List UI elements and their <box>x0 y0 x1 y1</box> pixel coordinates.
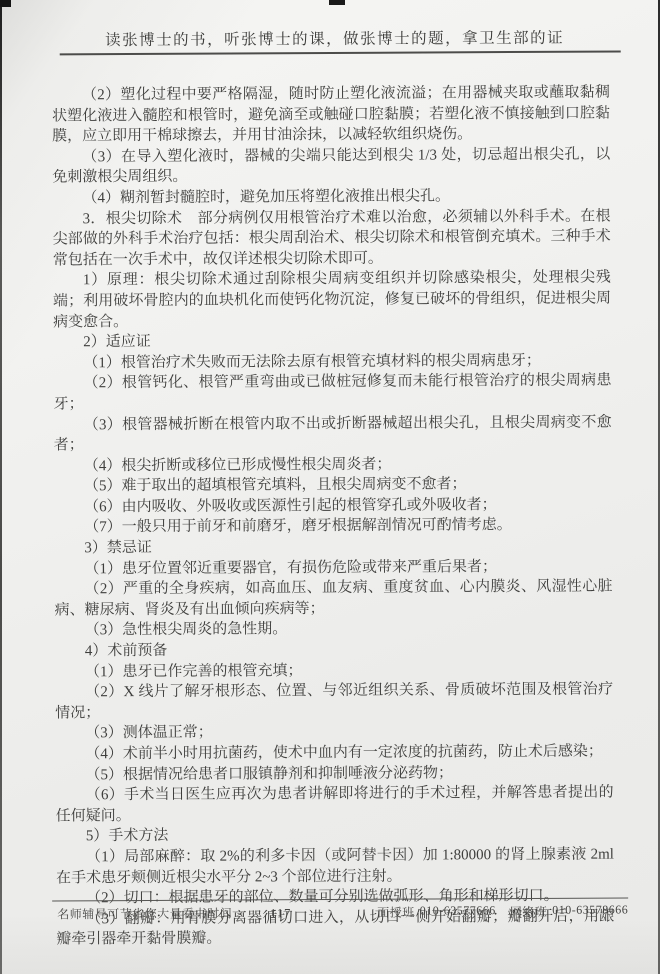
body-paragraph: （4）糊剂暂封髓腔时，避免加压将塑化液推出根尖孔。 <box>52 185 610 209</box>
header-rule <box>60 50 621 55</box>
contact-online-class: 网络班 010-63578666 <box>510 902 629 920</box>
page-number: 117 <box>270 906 291 921</box>
body-paragraph: （2）根管钙化、根管严重弯曲或已做桩冠修复而未能行根管治疗的根尖周病患牙； <box>53 371 611 415</box>
body-paragraph: （6）由内吸收、外吸收或医源性引起的根管穿孔或外吸收者； <box>54 494 612 518</box>
contact-label: 网络班 <box>510 903 548 920</box>
footer-contacts: 面授班 010-63577666 网络班 010-63578666 <box>377 902 628 920</box>
body-paragraph: （6）手术当日医生应再次为患者讲解即将进行的手术过程，并解答患者提出的任何疑问。 <box>56 783 614 827</box>
body-paragraph: 3．根尖切除术 部分病例仅用根管治疗术难以治愈，必须辅以外科手术。在根尖部做的外… <box>53 206 611 271</box>
body-paragraph: （5）根据情况给患者口服镇静剂和抑制唾液分泌药物； <box>55 762 613 786</box>
body-paragraph: （5）难于取出的超填根管充填料，且根尖周病变不愈者； <box>54 474 612 498</box>
body-paragraph: （1）患牙位置邻近重要器官，有损伤危险或带来严重后果者； <box>54 556 612 580</box>
body-paragraph: 1）原理：根尖切除术通过刮除根尖周病变组织并切除感染根尖，处理根尖残端；利用破坏… <box>53 268 611 333</box>
page-footer: 名师辅导可节省您大量看书时间 117 面授班 010-63577666 网络班 … <box>52 902 628 922</box>
page-content: 读张博士的书，听张博士的课，做张博士的题，拿卫生部的证 （2）塑化过程中要严格隔… <box>0 0 660 974</box>
contact-phone: 010-63578666 <box>552 902 628 919</box>
body-paragraph: 5）手术方法 <box>56 824 614 848</box>
contact-phone: 010-63577666 <box>420 903 496 920</box>
body-paragraph: 2）适应证 <box>53 330 611 354</box>
footer-note: 名师辅导可节省您大量看书时间 <box>52 905 232 923</box>
body-paragraph: （2）X 线片了解牙根形态、位置、与邻近组织关系、骨质破坏范围及根管治疗情况； <box>55 680 613 724</box>
body-paragraph: （1）局部麻醉：取 2%的利多卡因（或阿替卡因）加 1:80000 的肾上腺素液… <box>56 844 614 888</box>
contact-label: 面授班 <box>377 904 415 921</box>
body-paragraph: （4）根尖折断或移位已形成慢性根尖周炎者； <box>54 453 612 477</box>
contact-inperson-class: 面授班 010-63577666 <box>377 903 496 921</box>
body-paragraph: （1）患牙已作完善的根管充填； <box>55 659 613 683</box>
scanned-book-page: 读张博士的书，听张博士的课，做张博士的题，拿卫生部的证 （2）塑化过程中要严格隔… <box>0 0 660 974</box>
body-paragraph: （2）塑化过程中要严格隔湿，随时防止塑化液流溢；在用器械夹取或蘸取黏稠状塑化液进… <box>52 83 610 148</box>
body-paragraph: （3）急性根尖周炎的急性期。 <box>55 618 613 642</box>
body-paragraph: （1）根管治疗术失败而无法除去原有根管充填材料的根尖周病患牙； <box>53 350 611 374</box>
body-paragraph: （3）根管器械折断在根管内取不出或折断器械超出根尖孔，且根尖周病变不愈者； <box>54 412 612 456</box>
body-paragraph: （7）一般只用于前牙和前磨牙，磨牙根据解剖情况可酌情考虑。 <box>54 515 612 539</box>
body-paragraph: （2）严重的全身疾病，如高血压、血友病、重度贫血、心内膜炎、风湿性心脏病、糖尿病… <box>54 577 612 621</box>
body-paragraph: 3）禁忌证 <box>54 536 612 560</box>
body-text-column: （2）塑化过程中要严格隔湿，随时防止塑化液流溢；在用器械夹取或蘸取黏稠状塑化液进… <box>52 83 615 951</box>
body-paragraph: 4）术前预备 <box>55 639 613 663</box>
header-slogan: 读张博士的书，听张博士的课，做张博士的题，拿卫生部的证 <box>48 25 622 50</box>
body-paragraph: （3）测体温正常； <box>55 721 613 745</box>
body-paragraph: （4）术前半小时用抗菌药，使术中血内有一定浓度的抗菌药，防止术后感染； <box>55 742 613 766</box>
body-paragraph: （3）在导入塑化液时，器械的尖端只能达到根尖 1/3 处，切忌超出根尖孔，以免刺… <box>52 144 610 188</box>
